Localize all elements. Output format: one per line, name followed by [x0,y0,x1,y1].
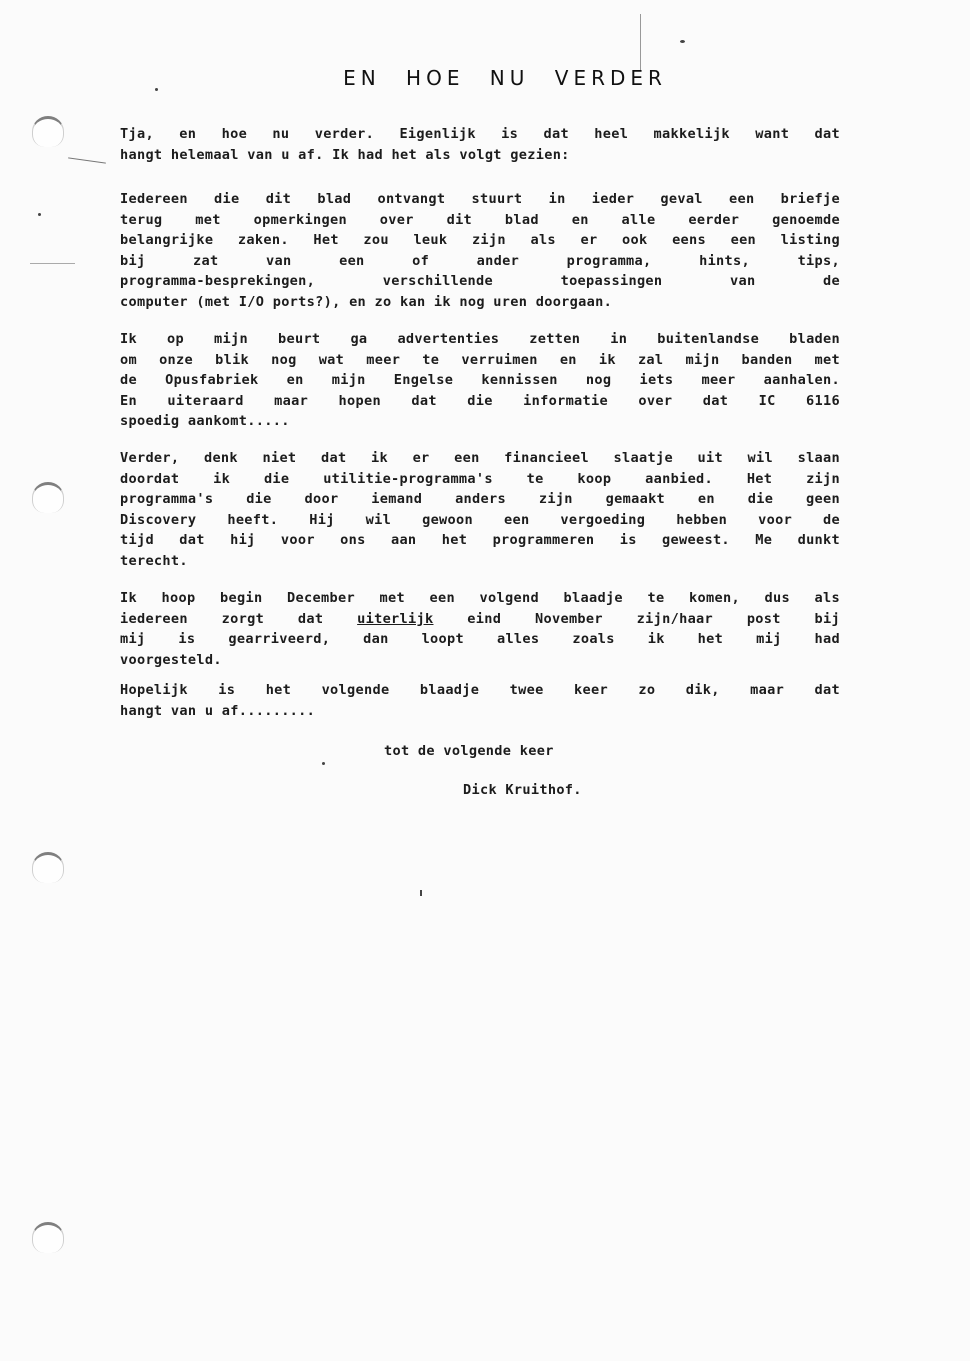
scan-speck [420,890,422,896]
text-line: belangrijke zaken. Het zou leuk zijn als… [120,230,840,251]
text-line: de Opusfabriek en mijn Engelse kennissen… [120,370,840,391]
text-line: programma's die door iemand anders zijn … [120,489,840,510]
text-line: iedereen zorgt dat uiterlijk eind Novemb… [120,609,840,630]
text-line: terug met opmerkingen over dit blad en a… [120,210,840,231]
punch-hole-mark [32,116,64,147]
paragraph-utilities: Verder, denk niet dat ik er een financie… [120,448,840,571]
paragraph-intro: Tja, en hoe nu verder. Eigenlijk is dat … [120,124,840,165]
signature: Dick Kruithof. [463,782,582,798]
text-line: Ik op mijn beurt ga advertenties zetten … [120,329,840,350]
text-line: Iedereen die dit blad ontvangt stuurt in… [120,189,840,210]
text-line: tijd dat hij voor ons aan het programmer… [120,530,840,551]
text-line: hangt helemaal van u af. Ik had het als … [120,145,840,166]
scan-speck [322,762,325,765]
text-line: computer (met I/O ports?), en zo kan ik … [120,292,840,313]
punch-hole-mark [32,852,64,883]
paragraph-hopefully: Hopelijk is het volgende blaadje twee ke… [120,680,840,721]
text-line: programma-besprekingen, verschillende to… [120,271,840,292]
text-line: Discovery heeft. Hij wil gewoon een verg… [120,510,840,531]
scan-streak [30,263,75,264]
paragraph-december: Ik hoop begin December met een volgend b… [120,588,840,670]
text-line: Ik hoop begin December met een volgend b… [120,588,840,609]
scanned-page: EN HOE NU VERDER Tja, en hoe nu verder. … [0,0,970,1361]
text-line: om onze blik nog wat meer te verruimen e… [120,350,840,371]
text-line: hangt van u af......... [120,701,840,722]
closing-line: tot de volgende keer [384,743,554,759]
text-line: Tja, en hoe nu verder. Eigenlijk is dat … [120,124,840,145]
text-fragment: iedereen zorgt dat [120,611,357,627]
text-line: spoedig aankomt..... [120,411,840,432]
page-title: EN HOE NU VERDER [0,66,970,90]
text-line: Hopelijk is het volgende blaadje twee ke… [120,680,840,701]
underlined-word: uiterlijk [357,611,433,627]
text-fragment: eind November zijn/haar post bij [433,611,840,627]
punch-hole-mark [32,482,64,513]
scan-line [640,14,641,70]
punch-hole-mark [32,1222,64,1253]
text-line: mij is gearriveerd, dan loopt alles zoal… [120,629,840,650]
text-line: bij zat van een of ander programma, hint… [120,251,840,272]
text-line: doordat ik die utilitie-programma's te k… [120,469,840,490]
text-line: voorgesteld. [120,650,840,671]
text-line: En uiteraard maar hopen dat die informat… [120,391,840,412]
text-line: Verder, denk niet dat ik er een financie… [120,448,840,469]
paragraph-advertising: Ik op mijn beurt ga advertenties zetten … [120,329,840,432]
scan-streak [68,157,106,163]
scan-speck [38,213,41,216]
paragraph-feedback: Iedereen die dit blad ontvangt stuurt in… [120,189,840,312]
text-line: terecht. [120,551,840,572]
scan-speck [680,40,685,43]
